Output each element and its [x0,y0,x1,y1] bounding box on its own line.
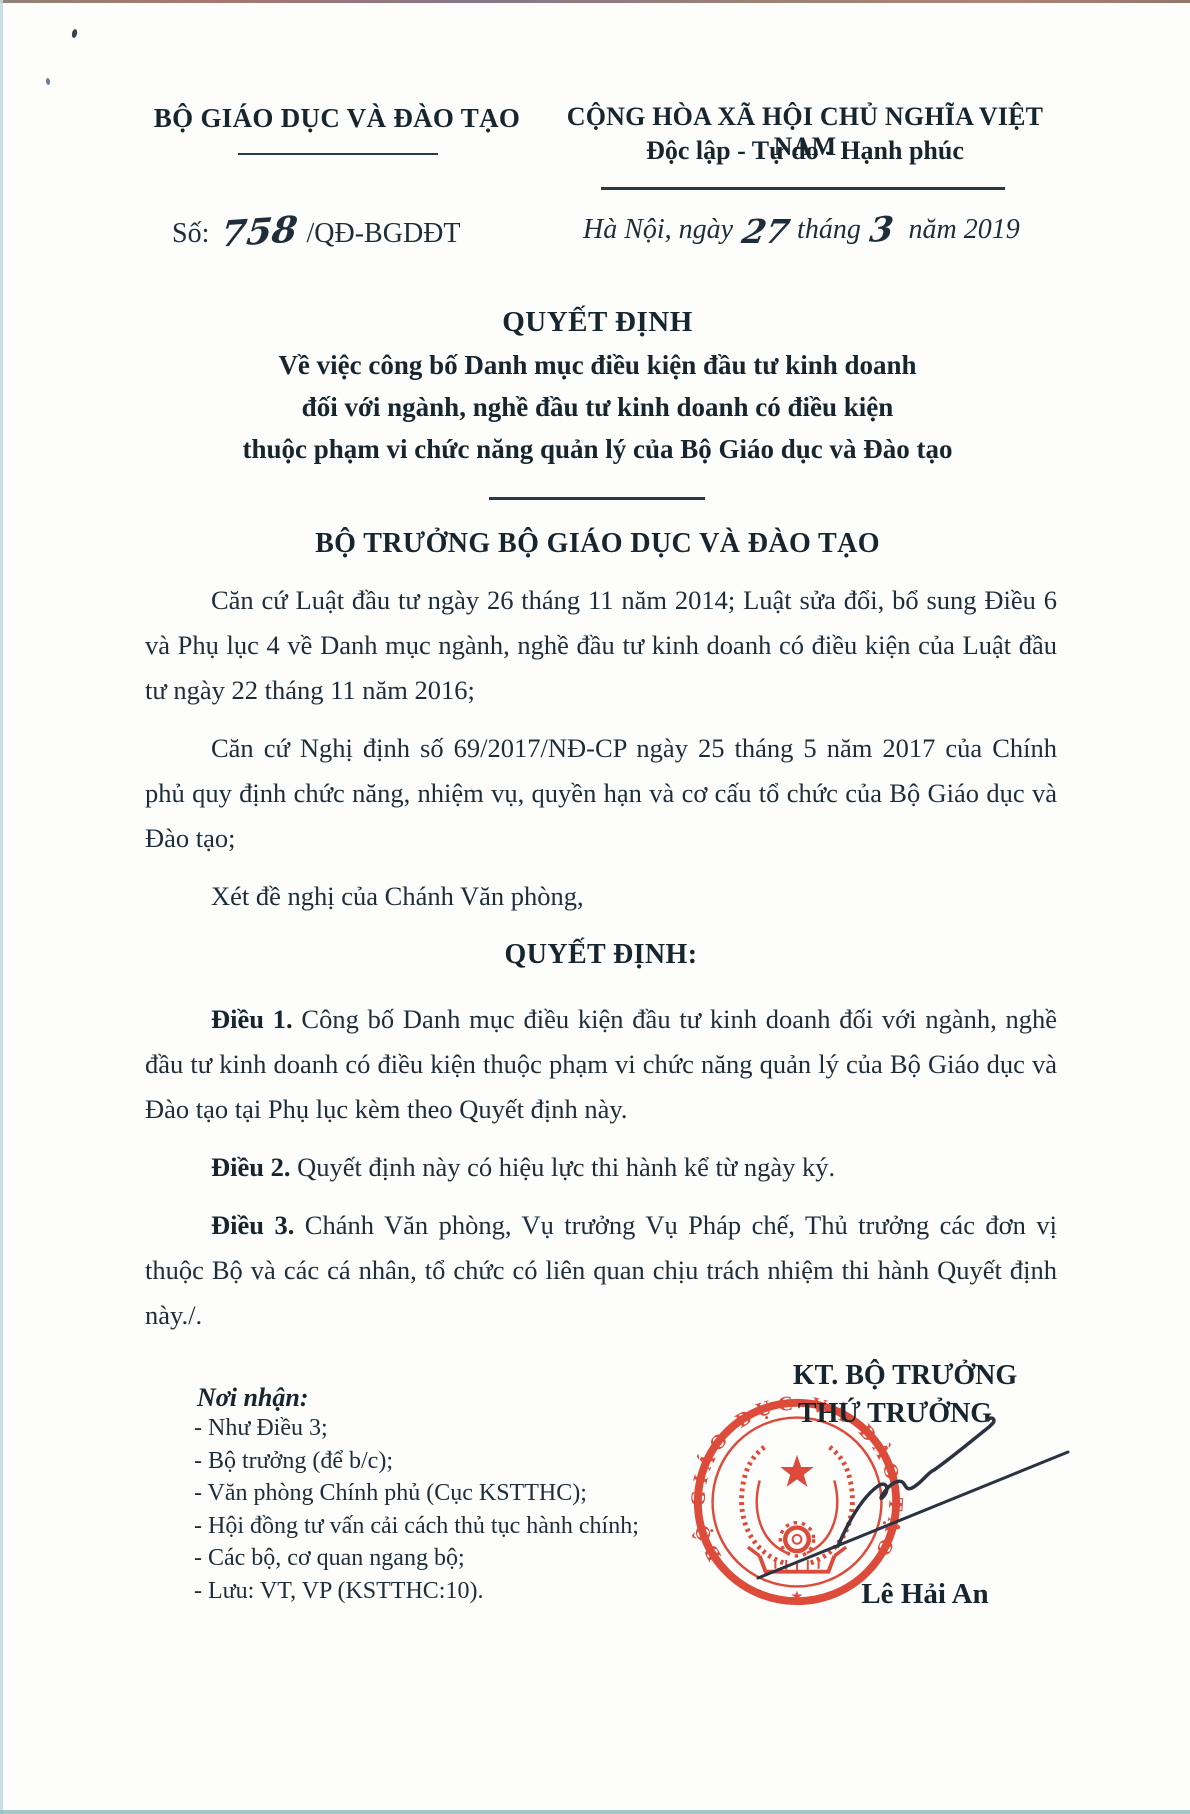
article-2-text: Quyết định này có hiệu lực thi hành kể t… [291,1152,836,1182]
recipients-list: - Như Điều 3; - Bộ trưởng (để b/c); - Vă… [194,1412,639,1607]
document-number-line: Số: 758 /QĐ-BGDĐT [172,212,461,250]
recipient-item: - Lưu: VT, VP (KSTTHC:10). [194,1575,639,1608]
signer-name: Lê Hải An [795,1578,1055,1611]
article-1: Điều 1. Công bố Danh mục điều kiện đầu t… [145,997,1057,1132]
article-3: Điều 3. Chánh Văn phòng, Vụ trưởng Vụ Ph… [145,1203,1057,1338]
document-body: Căn cứ Luật đầu tư ngày 26 tháng 11 năm … [145,578,1057,1351]
date-year: năm 2019 [909,214,1020,245]
subject-line-1: Về việc công bố Danh mục điều kiện đầu t… [140,350,1055,381]
date-place: Hà Nội, ngày [583,214,733,245]
article-3-label: Điều 3. [211,1210,294,1240]
handwritten-signature [640,1380,1100,1610]
recipient-item: - Các bộ, cơ quan ngang bộ; [194,1542,639,1575]
motto-underline [601,187,1005,190]
ref-prefix: Số: [172,218,209,249]
preamble-paragraph: Căn cứ Luật đầu tư ngày 26 tháng 11 năm … [145,578,1057,713]
org-underline [238,153,438,155]
issuing-org-name: BỘ GIÁO DỤC VÀ ĐÀO TẠO [137,103,537,134]
title-separator [489,497,705,500]
scan-speck [71,29,78,39]
decision-heading: QUYẾT ĐỊNH: [145,932,1057,977]
subject-line-3: thuộc phạm vi chức năng quản lý của Bộ G… [140,434,1055,465]
recipient-item: - Văn phòng Chính phủ (Cục KSTTHC); [194,1477,639,1510]
date-day-handwritten: 27 [740,215,793,248]
article-2: Điều 2. Quyết định này có hiệu lực thi h… [145,1145,1057,1190]
preamble-paragraph: Xét đề nghị của Chánh Văn phòng, [145,874,1057,919]
recipient-item: - Bộ trưởng (để b/c); [194,1445,639,1478]
ref-number-handwritten: 758 [220,211,300,252]
issuing-authority-heading: BỘ TRƯỞNG BỘ GIÁO DỤC VÀ ĐÀO TẠO [140,528,1055,560]
preamble-paragraph: Căn cứ Nghị định số 69/2017/NĐ-CP ngày 2… [145,726,1057,861]
scan-speck [46,78,51,85]
scan-edge-left [0,0,3,1814]
scanned-document-page: BỘ GIÁO DỤC VÀ ĐÀO TẠO CỘNG HÒA XÃ HỘI C… [0,0,1190,1814]
article-1-label: Điều 1. [211,1004,293,1034]
date-month-word: tháng [797,214,861,245]
subject-line-2: đối với ngành, nghề đầu tư kinh doanh có… [140,392,1055,423]
scan-edge-bottom [0,1810,1190,1814]
document-type-title: QUYẾT ĐỊNH [140,306,1055,339]
recipient-item: - Hội đồng tư vấn cải cách thủ tục hành … [194,1510,639,1543]
article-2-label: Điều 2. [211,1152,291,1182]
ref-code: /QĐ-BGDĐT [307,218,461,249]
place-date-line: Hà Nội, ngày 27 tháng 3 năm 2019 [583,210,1020,246]
recipients-heading: Nơi nhận: [197,1383,309,1413]
scan-edge-top [0,0,1190,3]
recipient-item: - Như Điều 3; [194,1412,639,1445]
date-month-handwritten: 3 [868,212,895,248]
national-motto: Độc lập - Tự do - Hạnh phúc [545,136,1065,166]
